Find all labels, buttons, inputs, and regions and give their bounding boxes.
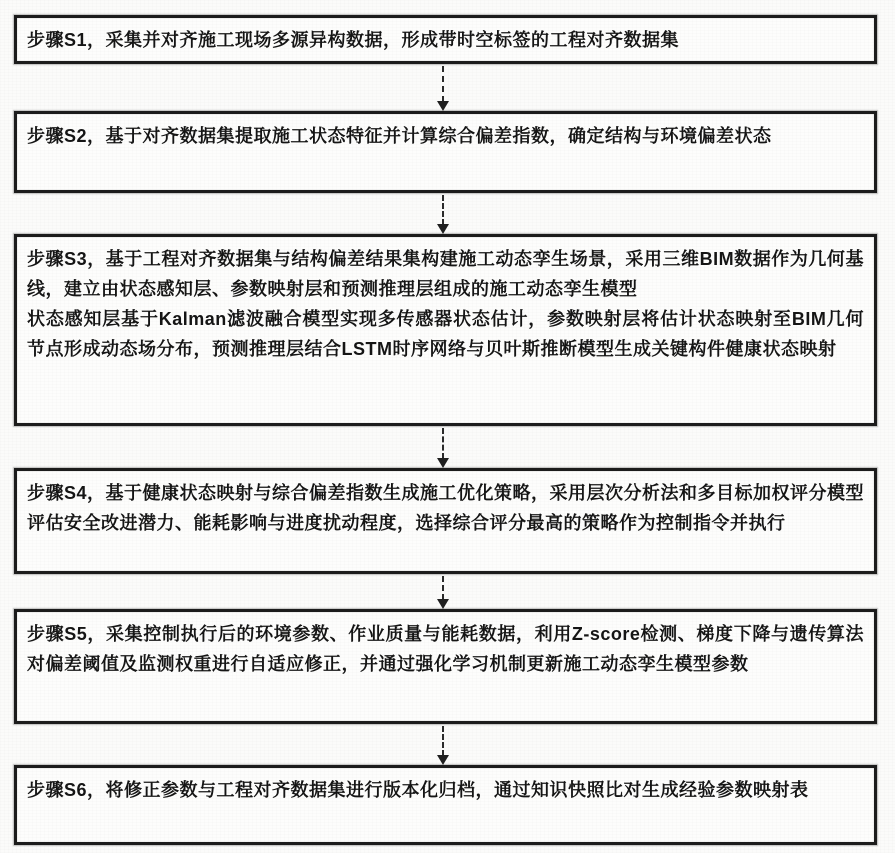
step-s3-text-paragraph-1: 步骤S3，基于工程对齐数据集与结构偏差结果集构建施工动态孪生场景，采用三维BIM… — [27, 244, 864, 304]
step-box-s5: 步骤S5，采集控制执行后的环境参数、作业质量与能耗数据，利用Z-score检测、… — [14, 609, 877, 724]
flow-arrow-5 — [14, 724, 877, 765]
step-s5-text: 步骤S5，采集控制执行后的环境参数、作业质量与能耗数据，利用Z-score检测、… — [27, 619, 864, 679]
step-box-s2: 步骤S2，基于对齐数据集提取施工状态特征并计算综合偏差指数，确定结构与环境偏差状… — [14, 111, 877, 193]
step-box-s4: 步骤S4，基于健康状态映射与综合偏差指数生成施工优化策略，采用层次分析法和多目标… — [14, 468, 877, 574]
step-box-s1: 步骤S1，采集并对齐施工现场多源异构数据，形成带时空标签的工程对齐数据集 — [14, 15, 877, 64]
flow-arrow-3 — [14, 426, 877, 468]
step-s4-text: 步骤S4，基于健康状态映射与综合偏差指数生成施工优化策略，采用层次分析法和多目标… — [27, 478, 864, 538]
flowchart: 步骤S1，采集并对齐施工现场多源异构数据，形成带时空标签的工程对齐数据集 步骤S… — [14, 15, 877, 845]
step-box-s6: 步骤S6，将修正参数与工程对齐数据集进行版本化归档，通过知识快照比对生成经验参数… — [14, 765, 877, 845]
arrow-down-icon — [437, 458, 449, 468]
step-box-s3: 步骤S3，基于工程对齐数据集与结构偏差结果集构建施工动态孪生场景，采用三维BIM… — [14, 234, 877, 426]
arrow-down-icon — [437, 101, 449, 111]
arrow-line — [442, 66, 444, 102]
arrow-line — [442, 576, 444, 600]
step-s1-text: 步骤S1，采集并对齐施工现场多源异构数据，形成带时空标签的工程对齐数据集 — [27, 25, 679, 55]
arrow-line — [442, 195, 444, 225]
arrow-down-icon — [437, 755, 449, 765]
arrow-down-icon — [437, 599, 449, 609]
flow-arrow-2 — [14, 193, 877, 234]
arrow-down-icon — [437, 224, 449, 234]
flow-arrow-4 — [14, 574, 877, 609]
step-s3-text-paragraph-2: 状态感知层基于Kalman滤波融合模型实现多传感器状态估计，参数映射层将估计状态… — [27, 304, 864, 364]
step-s2-text: 步骤S2，基于对齐数据集提取施工状态特征并计算综合偏差指数，确定结构与环境偏差状… — [27, 121, 864, 151]
arrow-line — [442, 428, 444, 459]
step-s6-text: 步骤S6，将修正参数与工程对齐数据集进行版本化归档，通过知识快照比对生成经验参数… — [27, 775, 864, 805]
patent-flowchart-page: 步骤S1，采集并对齐施工现场多源异构数据，形成带时空标签的工程对齐数据集 步骤S… — [0, 0, 895, 853]
flow-arrow-1 — [14, 64, 877, 111]
arrow-line — [442, 726, 444, 756]
